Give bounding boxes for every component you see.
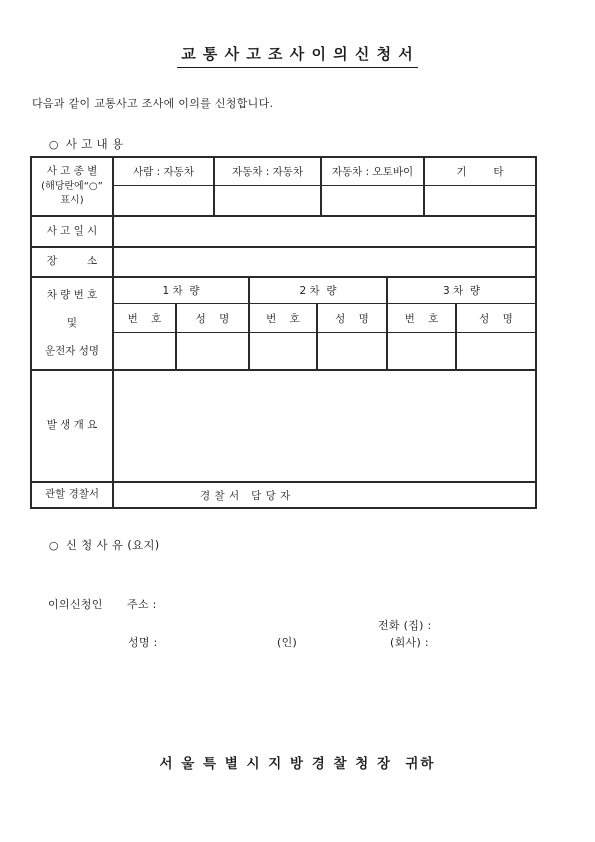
summary-value-cell: [114, 371, 535, 481]
form-title: 교 통 사 고 조 사 이 의 신 청 서: [177, 43, 418, 68]
accident-type-label-line2: (해당란에“○”: [41, 180, 103, 195]
vehicle1-number-header: 번 호: [114, 304, 177, 332]
vehicle-label-line1: 차 량 번 호: [47, 288, 98, 303]
applicant-phone-company-label: (회사) :: [390, 634, 429, 650]
section-reason-label: 신 청 사 유 (요지): [66, 538, 160, 552]
accident-type-row: 사 고 종 별 (해당란에“○” 표시) 사람 : 자동차 자동차 : 자동차 …: [32, 158, 535, 217]
circle-bullet-icon: ○: [49, 539, 59, 552]
vehicle1-name-header: 성 명: [177, 304, 250, 332]
applicant-name-label: 성명 :: [128, 634, 158, 650]
vehicle-label-line2: 및: [67, 316, 77, 331]
datetime-label-cell: 사 고 일 시: [32, 217, 114, 246]
type-header-person-car: 사람 : 자동차: [114, 158, 215, 185]
place-value-cell: [114, 248, 535, 276]
applicant-address-label: 주소 :: [127, 596, 157, 612]
summary-row: 발 생 개 요: [32, 371, 535, 483]
vehicle-value-row: [114, 333, 535, 369]
type-header-car-motorcycle: 자동차 : 오토바이: [322, 158, 425, 185]
vehicle-info-row: 차 량 번 호 및 운전자 성명 1 차 량 2 차 량 3 차 량 번 호 성…: [32, 278, 535, 371]
vehicle1-name-cell: [177, 333, 250, 369]
vehicle2-header: 2 차 량: [250, 278, 388, 303]
police-label-cell: 관할 경찰서: [32, 483, 114, 507]
vehicle3-name-header: 성 명: [457, 304, 535, 332]
type-mark-cell: [322, 186, 425, 215]
vehicle2-number-header: 번 호: [250, 304, 318, 332]
summary-label-cell: 발 생 개 요: [32, 371, 114, 481]
type-mark-cell: [215, 186, 322, 215]
vehicle2-number-cell: [250, 333, 318, 369]
addressee-line: 서 울 특 별 시 지 방 경 찰 청 장 귀하: [0, 752, 595, 772]
summary-label: 발 생 개 요: [47, 418, 98, 433]
vehicle-group-header-row: 1 차 량 2 차 량 3 차 량: [114, 278, 535, 304]
vehicle-subheader-row: 번 호 성 명 번 호 성 명 번 호 성 명: [114, 304, 535, 333]
police-label: 관할 경찰서: [45, 487, 99, 502]
accident-report-table: 사 고 종 별 (해당란에“○” 표시) 사람 : 자동차 자동차 : 자동차 …: [30, 156, 537, 509]
datetime-label: 사 고 일 시: [47, 224, 98, 239]
accident-place-row: 장 소: [32, 248, 535, 278]
form-page: 교 통 사 고 조 사 이 의 신 청 서 다음과 같이 교통사고 조사에 이의…: [0, 0, 595, 842]
datetime-value-cell: [114, 217, 535, 246]
type-header-other: 기 타: [425, 158, 535, 185]
accident-type-label-line1: 사 고 종 별: [47, 164, 98, 179]
accident-type-label-cell: 사 고 종 별 (해당란에“○” 표시): [32, 158, 114, 215]
vehicle3-header: 3 차 량: [388, 278, 535, 303]
type-mark-cell: [114, 186, 215, 215]
vehicle2-name-header: 성 명: [318, 304, 388, 332]
vehicle-label-line3: 운전자 성명: [45, 344, 99, 359]
place-label-cell: 장 소: [32, 248, 114, 276]
title-area: 교 통 사 고 조 사 이 의 신 청 서: [0, 43, 595, 68]
vehicle2-name-cell: [318, 333, 388, 369]
applicant-block: 이의신청인 주소 : 전화 (집) : 성명 : (인) (회사) :: [0, 595, 595, 655]
vehicle3-number-header: 번 호: [388, 304, 457, 332]
section-accident-label: 사 고 내 용: [66, 137, 124, 151]
circle-bullet-icon: ○: [49, 138, 59, 151]
accident-type-header-row: 사람 : 자동차 자동차 : 자동차 자동차 : 오토바이 기 타: [114, 158, 535, 186]
applicant-label: 이의신청인: [48, 596, 103, 612]
intro-text: 다음과 같이 교통사고 조사에 이의를 신청합니다.: [32, 95, 273, 111]
type-header-car-car: 자동차 : 자동차: [215, 158, 322, 185]
applicant-phone-home-label: 전화 (집) :: [378, 617, 432, 633]
section-reason: ○신 청 사 유 (요지): [33, 523, 160, 567]
accident-type-columns: 사람 : 자동차 자동차 : 자동차 자동차 : 오토바이 기 타: [114, 158, 535, 215]
vehicle1-number-cell: [114, 333, 177, 369]
vehicle-columns: 1 차 량 2 차 량 3 차 량 번 호 성 명 번 호 성 명 번 호 성 …: [114, 278, 535, 369]
type-mark-cell: [425, 186, 535, 215]
accident-type-label-line3: 표시): [60, 194, 83, 209]
vehicle-label-cell: 차 량 번 호 및 운전자 성명: [32, 278, 114, 369]
vehicle1-header: 1 차 량: [114, 278, 250, 303]
applicant-seal-label: (인): [277, 634, 297, 650]
accident-datetime-row: 사 고 일 시: [32, 217, 535, 248]
place-label: 장 소: [47, 254, 97, 269]
police-row: 관할 경찰서 경 찰 서 담 당 자: [32, 483, 535, 507]
vehicle3-name-cell: [457, 333, 535, 369]
accident-type-mark-row: [114, 186, 535, 215]
police-value-cell: 경 찰 서 담 당 자: [114, 483, 535, 507]
vehicle3-number-cell: [388, 333, 457, 369]
